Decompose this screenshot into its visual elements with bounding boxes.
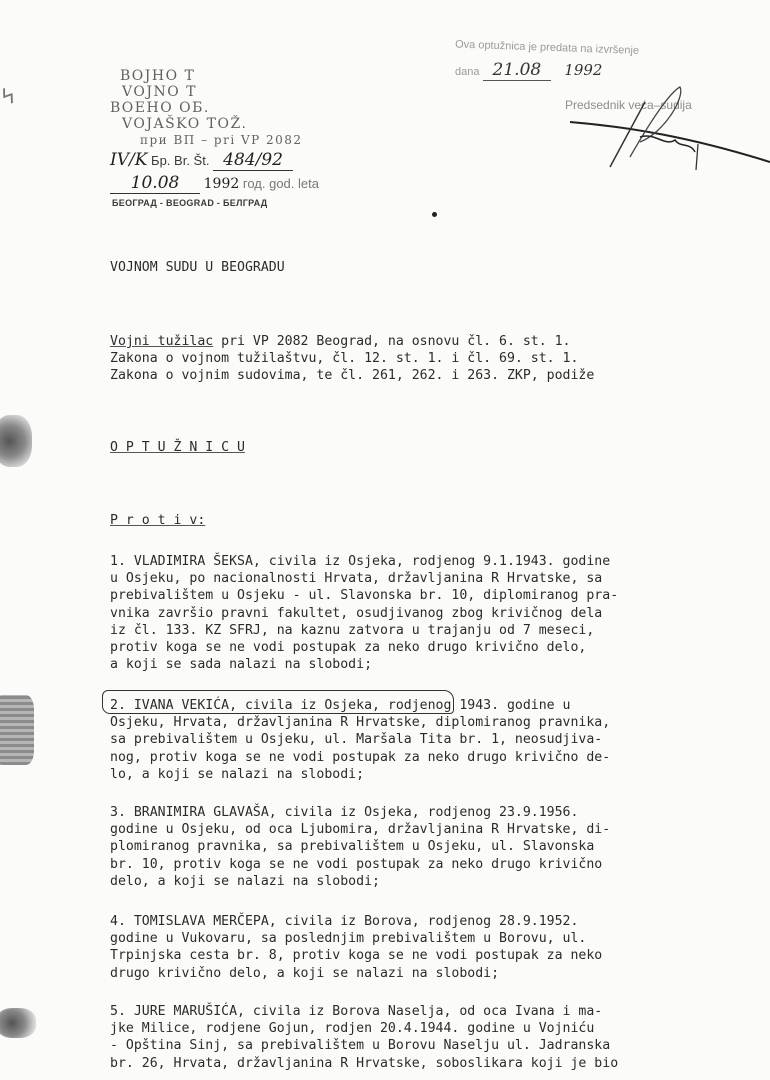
text-line: prebivalištem u Osjeku - ul. Slavonska b… xyxy=(110,588,618,603)
text-line: 1. VLADIMIRA ŠEKSA, civila iz Osjeka, ro… xyxy=(110,554,610,569)
delivery-stamp-date-row: dana 21.08 1992 xyxy=(455,60,770,80)
stamp-date-row: 10.08 1992 год. god. leta xyxy=(110,173,360,194)
prosecutor-label: Vojni tužilac xyxy=(110,334,213,349)
text-line: sa prebivalištem u Osjeku, ul. Maršala T… xyxy=(110,732,602,747)
document-page: ϟ ВОЈНО Т VOJNO T ВОЕНО ОБ. VOJAŠKO TOŽ.… xyxy=(0,0,770,1080)
stamp-number-label: Бр. Br. Št. xyxy=(151,153,209,168)
text-line: 2. IVANA VEKIĆA, civila iz Osjeka, rodje… xyxy=(110,698,571,713)
stamp-number-prefix: IV/K xyxy=(110,150,147,170)
intro-paragraph: Vojni tužilac pri VP 2082 Beograd, na os… xyxy=(110,333,594,384)
stamp-line: ВОЕНО ОБ. xyxy=(110,100,360,116)
punch-hole-mark xyxy=(0,695,34,765)
text-line: 3. BRANIMIRA GLAVAŠA, civila iz Osjeka, … xyxy=(110,805,578,820)
stamp-line: VOJAŠKO TOŽ. xyxy=(110,116,360,132)
text-line: drugo krivično delo, a koji se nalazi na… xyxy=(110,966,499,981)
defendant-entry: 2. IVANA VEKIĆA, civila iz Osjeka, rodje… xyxy=(110,697,610,783)
ink-dot xyxy=(432,212,437,217)
text-line: 4. TOMISLAVA MERČEPA, civila iz Borova, … xyxy=(110,914,578,929)
text-line: 5. JURE MARUŠIĆA, civila iz Borova Nasel… xyxy=(110,1004,602,1019)
text-line: iz čl. 133. KZ SFRJ, na kaznu zatvora u … xyxy=(110,623,594,638)
defendant-entry: 3. BRANIMIRA GLAVAŠA, civila iz Osjeka, … xyxy=(110,804,610,890)
text-line: br. 10, protiv koga se ne vodi postupak … xyxy=(110,857,602,872)
stamp-line: ВОЈНО Т xyxy=(110,68,360,84)
punch-hole-mark xyxy=(0,1008,36,1038)
stamp-date-value: 10.08 xyxy=(110,173,200,194)
addressee: VOJNOM SUDU U BEOGRADU xyxy=(110,259,285,276)
signature-icon xyxy=(570,82,770,172)
defendant-entry: 1. VLADIMIRA ŠEKSA, civila iz Osjeka, ro… xyxy=(110,553,618,673)
delivery-year-value: 1992 xyxy=(554,61,612,79)
intro-line: pri VP 2082 Beograd, na osnovu čl. 6. st… xyxy=(213,334,570,349)
delivery-stamp-line: Ova optužnica je predata na izvršenje xyxy=(455,39,770,62)
text-line: delo, a koji se nalazi na slobodi; xyxy=(110,874,380,889)
text-line: lo, a koji se nalazi na slobodi; xyxy=(110,767,364,782)
text-line: Osjeku, Hrvata, državljanina R Hrvatske,… xyxy=(110,715,610,730)
text-line: godine u Osjeku, od oca Ljubomira, držav… xyxy=(110,822,610,837)
text-line: plomiranog pravnika, sa prebivalištem u … xyxy=(110,839,594,854)
stamp-year-suffix: год. god. leta xyxy=(243,176,319,191)
text-line: Trpinjska cesta br. 8, protiv koga se ne… xyxy=(110,948,602,963)
stamp-year-value: 1992 xyxy=(204,176,240,192)
text-line: godine u Vukovaru, sa poslednjim prebiva… xyxy=(110,931,586,946)
text-line: - Opština Sinj, sa prebivalištem u Borov… xyxy=(110,1038,610,1053)
text-line: protiv koga se ne vodi postupak za neko … xyxy=(110,640,586,655)
text-line: br. 26, Hrvata, državljanina R Hrvatske,… xyxy=(110,1056,618,1071)
delivery-date-label: dana xyxy=(455,66,479,78)
text-line: nog, protiv koga se ne vodi postupak za … xyxy=(110,750,610,765)
stamp-number-row: IV/K Бр. Br. Št. 484/92 xyxy=(110,150,360,171)
margin-scribble-icon: ϟ xyxy=(0,83,19,111)
defendant-entry: 5. JURE MARUŠIĆA, civila iz Borova Nasel… xyxy=(110,1003,618,1072)
stamp-city: БЕОГРАД - BEOGRAD - БЕЛГРАД xyxy=(110,198,360,208)
text-line: u Osjeku, po nacionalnosti Hrvata, držav… xyxy=(110,571,602,586)
defendant-entry: 4. TOMISLAVA MERČEPA, civila iz Borova, … xyxy=(110,913,602,982)
stamp-line: при ВП – pri VP 2082 xyxy=(110,132,360,148)
stamp-number-value: 484/92 xyxy=(213,150,293,171)
punch-hole-mark xyxy=(0,415,32,467)
stamp-line: VOJNO T xyxy=(110,84,360,100)
intro-line: Zakona o vojnim sudovima, te čl. 261, 26… xyxy=(110,368,594,383)
intro-line: Zakona o vojnom tužilaštvu, čl. 12. st. … xyxy=(110,351,578,366)
text-line: jke Milice, rodjene Gojun, rodjen 20.4.1… xyxy=(110,1021,594,1036)
delivery-date-value: 21.08 xyxy=(483,60,552,81)
text-line: a koji se sada nalazi na slobodi; xyxy=(110,657,372,672)
against-heading: P r o t i v: xyxy=(110,512,205,529)
registry-stamp: ВОЈНО Т VOJNO T ВОЕНО ОБ. VOJAŠKO TOŽ. п… xyxy=(110,68,360,208)
document-title: O P T U Ž N I C U xyxy=(110,439,245,456)
text-line: vnika završio pravni fakultet, osudjivan… xyxy=(110,606,602,621)
